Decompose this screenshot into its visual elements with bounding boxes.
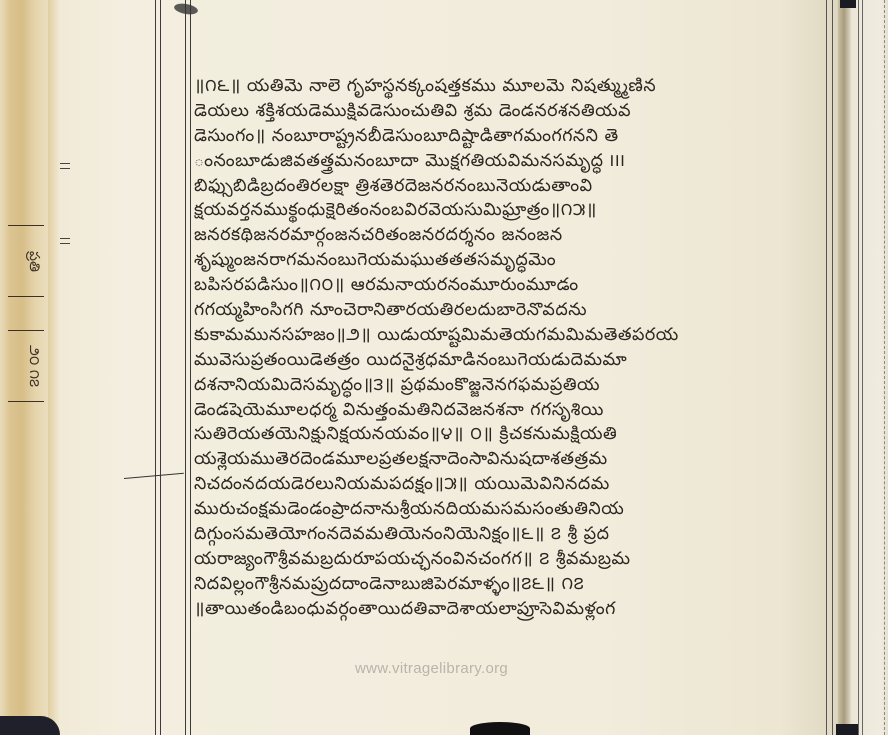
corner-shadow bbox=[0, 716, 60, 735]
text-line: కుకామమునసహజం॥౨॥ యిడుయాష్టమిమతెయగమమిమతెతప… bbox=[194, 323, 834, 348]
margin-rule-left-4 bbox=[190, 0, 191, 735]
text-line: సుతిరెయతయెనిక్షునిక్షయనయవం॥౪॥ ౦॥ క్రిచకన… bbox=[194, 422, 834, 447]
margin-rule-left-3 bbox=[185, 0, 186, 735]
ink-blot bbox=[173, 2, 198, 16]
text-line: బపిసరపడిసుం॥౧౦॥ ఆరమనాయరనంమూరుంమూడం bbox=[194, 273, 834, 298]
edge-label-bottom: ౨౦ ౧౭ bbox=[8, 330, 44, 402]
text-line: ంనంబూడుజివతత్త్రమనంబూదా మొక్షగతియవిమనసమృ… bbox=[194, 149, 834, 174]
manuscript-page: ప్రతి ౨౦ ౧౭ ॥౧౬॥ యతిమె నాలె గృహస్థనక్కంష… bbox=[0, 0, 888, 735]
text-line: ॥౧౬॥ యతిమె నాలె గృహస్థనక్కంషత్తకము మూలమె… bbox=[194, 74, 834, 99]
text-line: నిచదంనదయడెరలునియమపదక్షం॥౫॥ యయిమెవినినదమ bbox=[194, 472, 834, 497]
text-line: క్షయవర్తనముక్థంధుక్షెరితంనంబవిరవెయసుమిఘ్… bbox=[194, 198, 834, 223]
next-page-rule-2 bbox=[862, 0, 863, 735]
binding-shadow-bottom bbox=[836, 724, 858, 735]
margin-tick bbox=[60, 238, 70, 244]
margin-tick bbox=[60, 163, 70, 169]
text-line: యశ్లెయముతెరదెండమూలప్రతలక్షనాదెంసావినుషదా… bbox=[194, 447, 834, 472]
next-page-rule-3 bbox=[884, 0, 885, 735]
watermark: www.vitragelibrary.org bbox=[355, 660, 508, 677]
text-line: బిఫ్సుబిడిబ్రదంతిరలక్షా త్రిశతెరదెజనరనంబ… bbox=[194, 174, 834, 199]
binding-shadow-top bbox=[840, 0, 856, 8]
margin-rule-left-1 bbox=[155, 0, 156, 735]
page-gutter bbox=[838, 0, 850, 735]
text-line: దశనానియమిదెసమృద్ధం॥౩॥ ప్రథమంకొజ్జనెనగఫమప… bbox=[194, 373, 834, 398]
text-line: శృష్ముంజనరాగమనంబుగెయమఘుతతతసమృద్ధమెం bbox=[194, 248, 834, 273]
text-line: యరాజ్యంగౌశ్రీవమబ్రదురూపయచ్ఛనంవినచంగగ॥ ౭ … bbox=[194, 547, 834, 572]
text-line: డెయలు శక్తిశయడెముక్షివడెసుంచుతివి శ్రమ డ… bbox=[194, 99, 834, 124]
binding-shadow-bottom-center bbox=[470, 722, 530, 735]
text-line: గగయ్మహింసిగగి నూంచెరానితారయతిరలదుబారెనొవ… bbox=[194, 298, 834, 323]
text-line: మువెసుప్రతంయిడెతత్రం యిదనైశ్రధమాడినంబుగె… bbox=[194, 348, 834, 373]
text-line: డెండషెయెమూలధర్మ వినుత్తంమతినిదవెజనశనా గగ… bbox=[194, 398, 834, 423]
text-line: జనరకథిజనరమార్గంజనచరితంజనరదర్శనం జనంజన bbox=[194, 223, 834, 248]
text-line: మురుచంక్షమడెండంప్రాదనానుశ్రీయనదియమసమసంతు… bbox=[194, 497, 834, 522]
text-line: డెసుంగం॥ నంబూరాష్ట్రనబీడెసుంబూదిష్టాడితా… bbox=[194, 124, 834, 149]
edge-label-top: ప్రతి bbox=[8, 225, 44, 297]
text-line: ॥తాయితండిబంధువర్గంతాయిదతివాదెశాయలాప్రూసె… bbox=[194, 597, 834, 622]
text-line: నిదవిల్లంగౌశ్రీనమప్రుదదాండెనాబుజిపెరమాళ్… bbox=[194, 572, 834, 597]
text-line: దిగ్గుంసమతెయోగంనదెవమతియెనంనియెనిక్షం॥౬॥ … bbox=[194, 522, 834, 547]
margin-pointer-mark bbox=[124, 473, 184, 479]
margin-rule-left-2 bbox=[160, 0, 161, 735]
manuscript-text: ॥౧౬॥ యతిమె నాలె గృహస్థనక్కంషత్తకము మూలమె… bbox=[194, 74, 834, 622]
next-page-rule-1 bbox=[858, 0, 859, 735]
